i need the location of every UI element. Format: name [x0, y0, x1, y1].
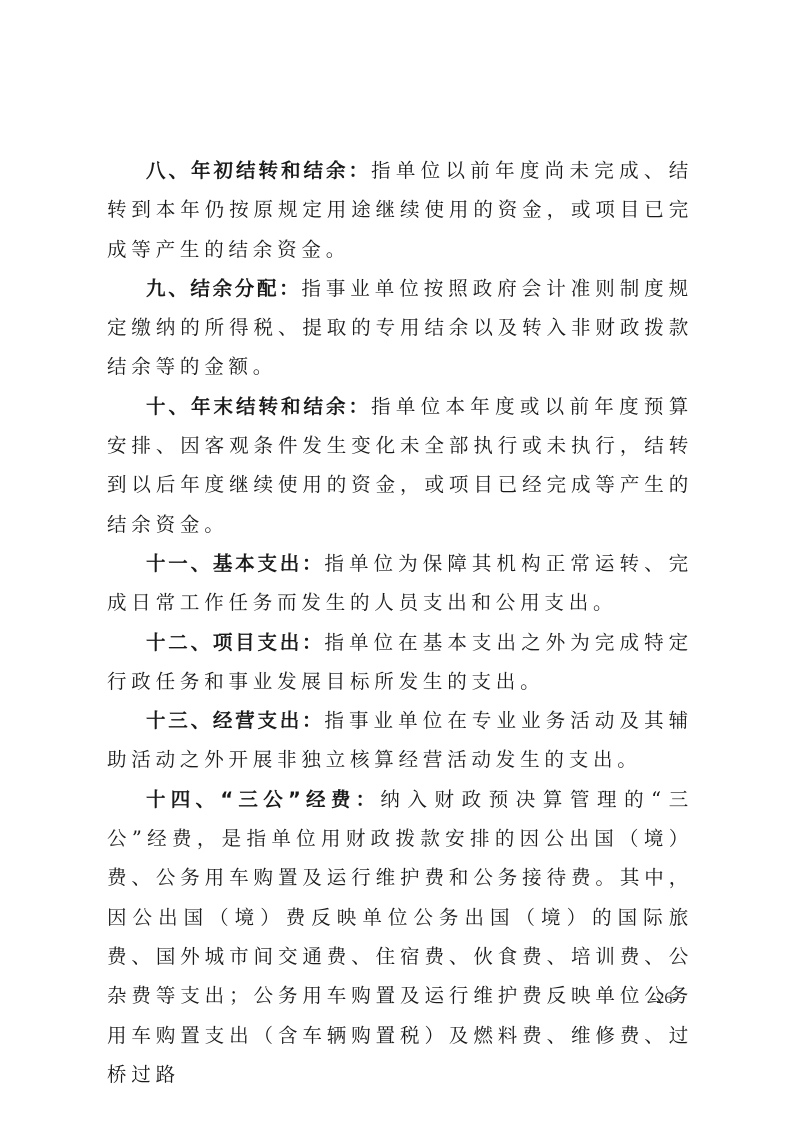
paragraph-year-start-carryover: 八、年初结转和结余：指单位以前年度尚未完成、结转到本年仍按原规定用途继续使用的资…	[107, 151, 693, 269]
term-heading: 八、年初结转和结余：	[146, 159, 371, 182]
term-heading: 十二、项目支出：	[146, 631, 324, 654]
term-heading: 十一、基本支出：	[146, 552, 324, 575]
paragraph-project-expenditure: 十二、项目支出：指单位在基本支出之外为完成特定行政任务和事业发展目标所发生的支出…	[107, 623, 693, 702]
paragraph-year-end-carryover: 十、年末结转和结余：指单位本年度或以前年度预算安排、因客观条件发生变化未全部执行…	[107, 387, 693, 544]
page-number: -26-	[651, 990, 678, 1008]
term-heading: 十四、“三公”经费：	[146, 788, 380, 811]
term-heading: 十三、经营支出：	[146, 709, 324, 732]
term-definition: 纳入财政预决算管理的“三公”经费，是指单位用财政拨款安排的因公出国（境）费、公务…	[107, 788, 693, 1086]
term-heading: 十、年末结转和结余：	[146, 395, 371, 418]
paragraph-basic-expenditure: 十一、基本支出：指单位为保障其机构正常运转、完成日常工作任务而发生的人员支出和公…	[107, 544, 693, 623]
term-heading: 九、结余分配：	[146, 277, 301, 300]
document-body: 八、年初结转和结余：指单位以前年度尚未完成、结转到本年仍按原规定用途继续使用的资…	[107, 151, 693, 1094]
paragraph-surplus-distribution: 九、结余分配：指事业单位按照政府会计准则制度规定缴纳的所得税、提取的专用结余以及…	[107, 269, 693, 387]
paragraph-operating-expenditure: 十三、经营支出：指事业单位在专业业务活动及其辅助活动之外开展非独立核算经营活动发…	[107, 701, 693, 780]
paragraph-three-public-expenses: 十四、“三公”经费：纳入财政预决算管理的“三公”经费，是指单位用财政拨款安排的因…	[107, 780, 693, 1094]
